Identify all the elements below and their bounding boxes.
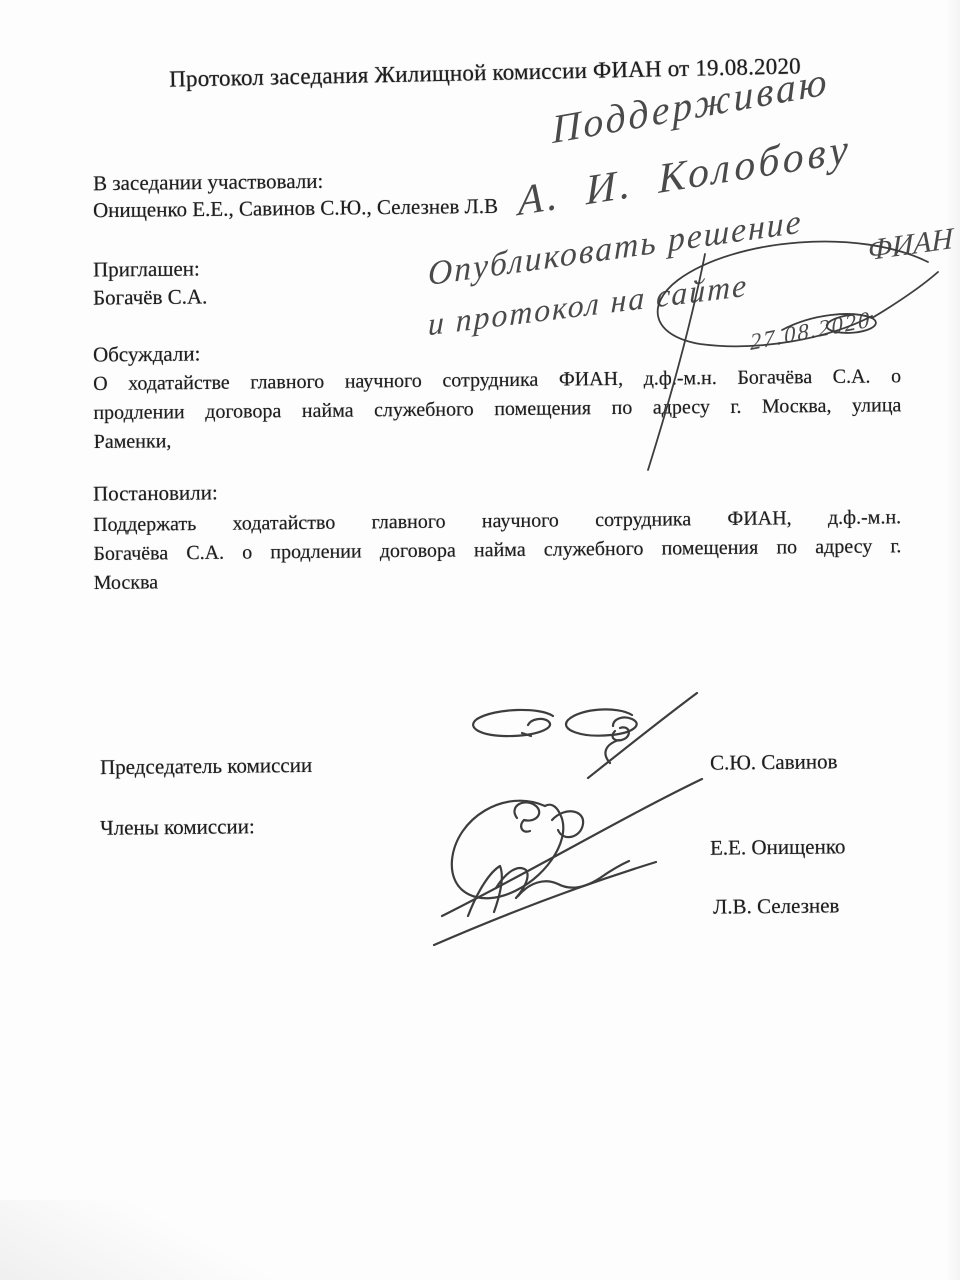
ink-signature-layer bbox=[0, 0, 960, 1280]
scanned-protocol-document: Протокол заседания Жилищной комиссии ФИА… bbox=[0, 0, 960, 1280]
approval-signature-flourish bbox=[648, 242, 938, 470]
onishchenko-signature bbox=[442, 779, 702, 916]
savinov-signature bbox=[473, 693, 697, 778]
